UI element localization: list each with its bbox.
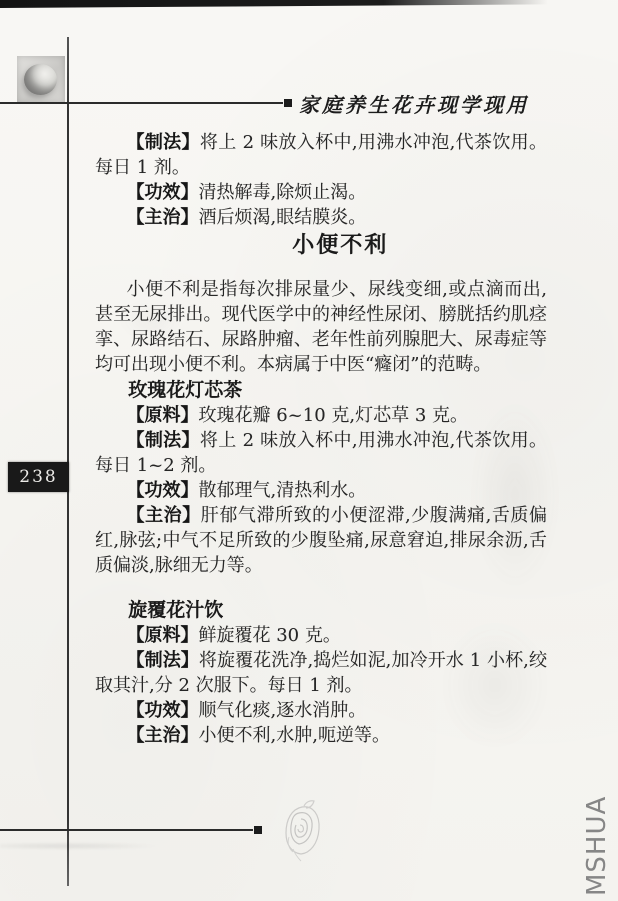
entry-label: 【主治】 [127, 725, 199, 746]
entry-text: 顺气化痰,逐水消肿。 [199, 700, 367, 721]
entry-text: 玫瑰花瓣 6~10 克,灯芯草 3 克。 [199, 405, 469, 426]
footer-bullet-square [254, 826, 262, 834]
entry-item-method: 【制法】将上 2 味放入杯中,用沸水冲泡,代茶饮用。每日 1 剂。 [95, 130, 547, 180]
entry-item-ingredients: 【原料】鲜旋覆花 30 克。 [95, 623, 547, 648]
entry-label: 【主治】 [127, 207, 199, 228]
entry-item-indication: 【主治】小便不利,水肿,呃逆等。 [95, 723, 547, 748]
header-bullet-square [284, 99, 292, 107]
entry-label: 【功效】 [127, 182, 199, 203]
entry-label: 【制法】 [127, 430, 200, 451]
running-head-title: 家庭养生花卉现学现用 [299, 89, 599, 118]
entry-item-indication: 【主治】酒后烦渴,眼结膜炎。 [95, 205, 547, 230]
scan-smudge [0, 842, 160, 850]
section-title: 小便不利 [95, 230, 547, 260]
entry-item-ingredients: 【原料】玫瑰花瓣 6~10 克,灯芯草 3 克。 [95, 403, 547, 428]
entry-text: 鲜旋覆花 30 克。 [199, 625, 341, 646]
entry-item-indication: 【主治】肝郁气滞所致的小便涩滞,少腹满痛,舌质偏红,脉弦;中气不足所致的少腹坠痛… [95, 503, 547, 578]
footer-rule [0, 829, 253, 831]
entry-item-effect: 【功效】顺气化痰,逐水消肿。 [95, 698, 547, 723]
watermark-text: MSHUA [582, 776, 612, 896]
recipe-title: 玫瑰花灯芯茶 [95, 377, 547, 403]
recipe-rose-lampwick-tea: 玫瑰花灯芯茶 【原料】玫瑰花瓣 6~10 克,灯芯草 3 克。 【制法】将上 2… [95, 377, 547, 578]
entry-item-effect: 【功效】清热解毒,除烦止渴。 [95, 180, 547, 205]
page-number-badge: 238 [8, 462, 69, 492]
entry-label: 【原料】 [127, 405, 199, 426]
entry-label: 【制法】 [127, 650, 199, 671]
section-intro: 小便不利是指每次排尿量少、尿线变细,或点滴而出,甚至无尿排出。现代医学中的神经性… [95, 277, 547, 377]
entry-label: 【功效】 [127, 700, 199, 721]
entry-text: 小便不利,水肿,呃逆等。 [199, 725, 390, 746]
entry-label: 【主治】 [127, 505, 201, 526]
logo-sphere-icon [24, 64, 57, 95]
entry-label: 【原料】 [127, 625, 199, 646]
entry-text: 清热解毒,除烦止渴。 [199, 182, 367, 203]
recipe-inula-juice-drink: 旋覆花汁饮 【原料】鲜旋覆花 30 克。 【制法】将旋覆花洗净,捣烂如泥,加冷开… [95, 597, 547, 748]
entry-label: 【功效】 [127, 480, 199, 501]
scanned-book-page: 家庭养生花卉现学现用 【制法】将上 2 味放入杯中,用沸水冲泡,代茶饮用。每日 … [0, 0, 618, 901]
page-body-text: 【制法】将上 2 味放入杯中,用沸水冲泡,代茶饮用。每日 1 剂。 【功效】清热… [95, 130, 547, 748]
header-rule [0, 102, 283, 104]
entry-text: 酒后烦渴,眼结膜炎。 [199, 207, 367, 228]
continuation-entry: 【制法】将上 2 味放入杯中,用沸水冲泡,代茶饮用。每日 1 剂。 【功效】清热… [95, 130, 547, 230]
entry-item-method: 【制法】将旋覆花洗净,捣烂如泥,加冷开水 1 小杯,绞取其汁,分 2 次服下。每… [95, 648, 547, 698]
publisher-logo [17, 56, 65, 104]
entry-label: 【制法】 [127, 132, 200, 153]
entry-item-effect: 【功效】散郁理气,清热利水。 [95, 478, 547, 503]
rose-decoration-icon [279, 799, 325, 863]
recipe-title: 旋覆花汁饮 [95, 597, 547, 623]
scan-top-edge-artifact [0, 0, 548, 8]
entry-text: 散郁理气,清热利水。 [199, 480, 367, 501]
entry-item-method: 【制法】将上 2 味放入杯中,用沸水冲泡,代茶饮用。每日 1~2 剂。 [95, 428, 547, 478]
